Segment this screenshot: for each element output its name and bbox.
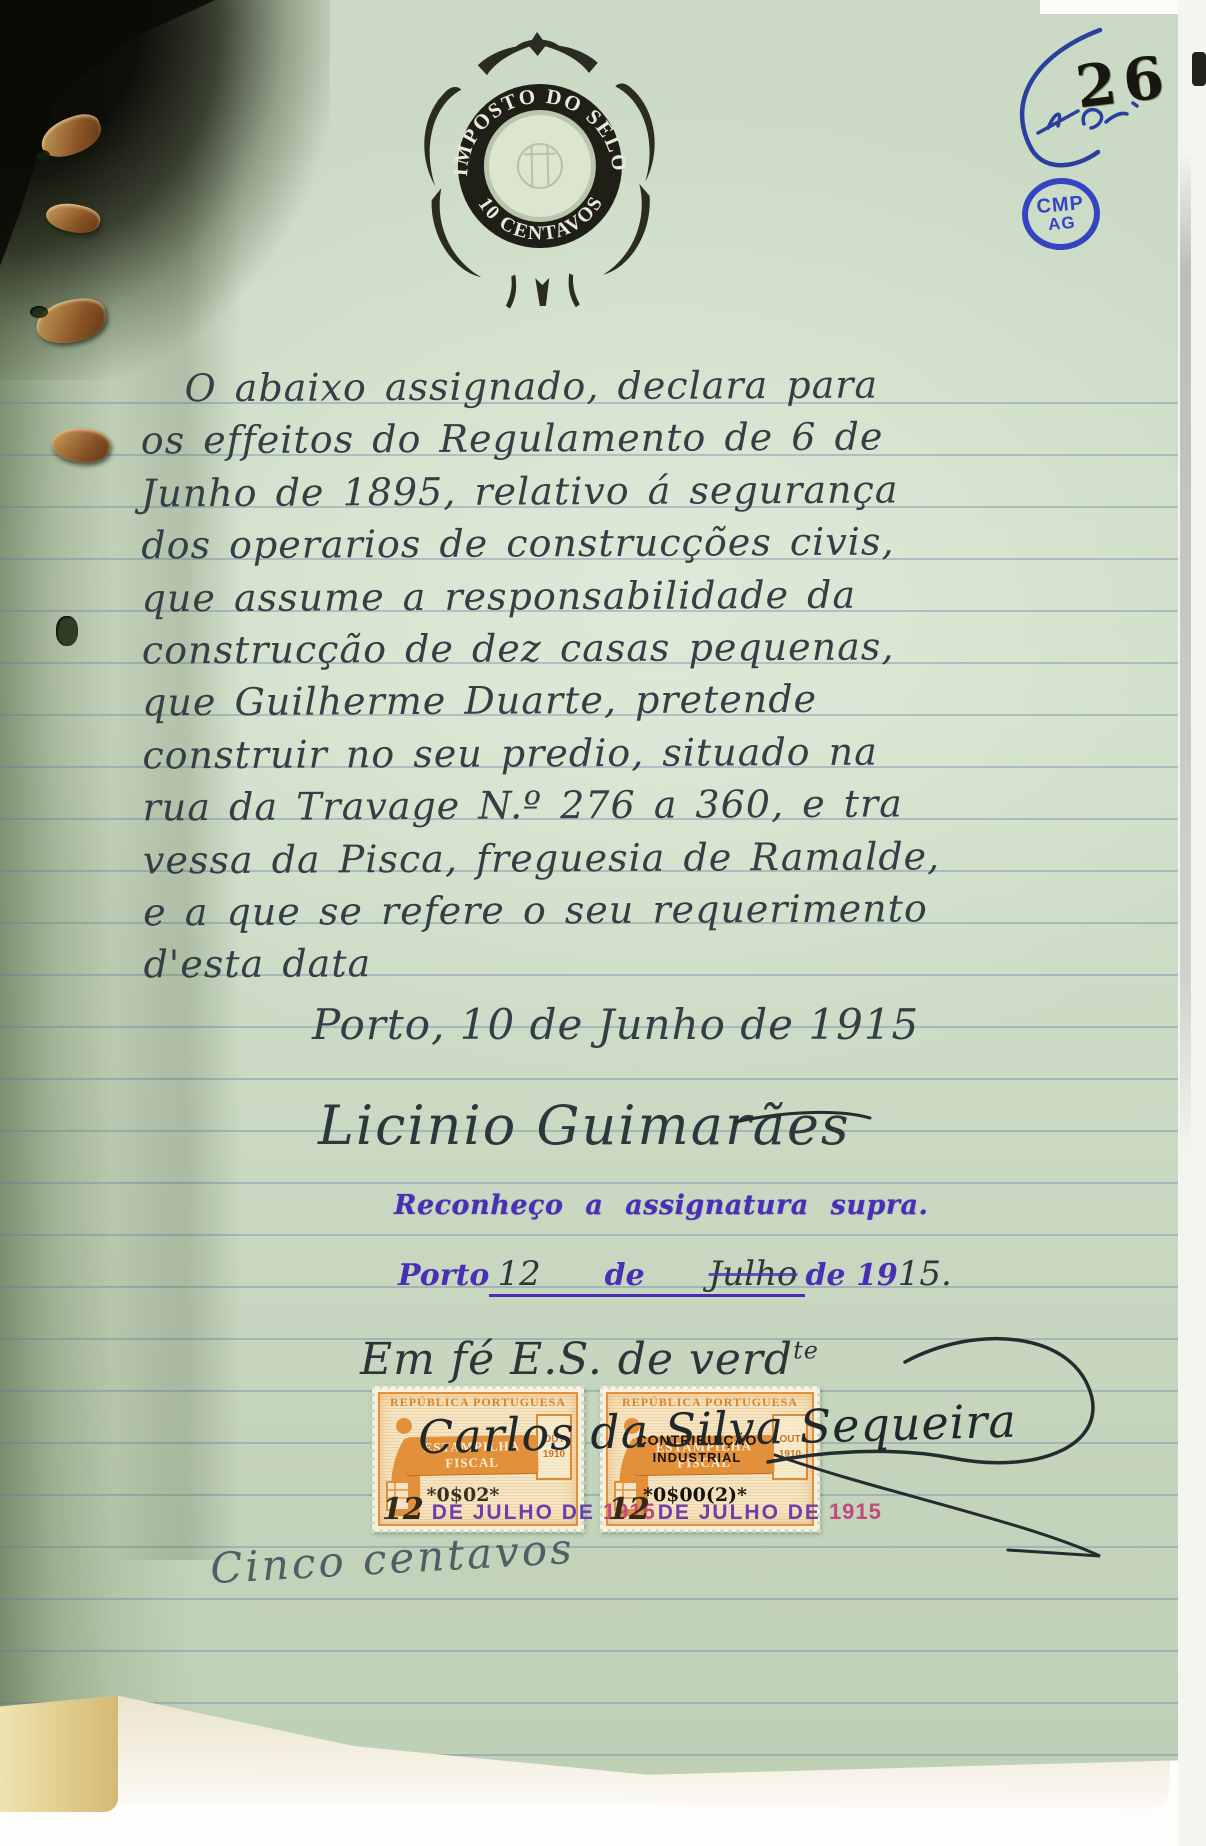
cmp-ag-stamp: CMP AG xyxy=(1019,175,1103,254)
notary-date-de2: de 19 xyxy=(805,1258,897,1293)
notary-date-prefix: Porto xyxy=(398,1258,489,1293)
declaration-line: que assume a responsabilidade da xyxy=(141,567,1071,624)
binding-hole xyxy=(30,306,48,318)
notary-date-month: Julho xyxy=(709,1254,798,1294)
declaration-line: construir no seu predio, situado na xyxy=(142,724,1072,781)
cancellation-text: DE JULHO DE xyxy=(432,1501,595,1525)
imposto-do-selo-seal: IMPOSTO DO SELO 10 CENTAVOS xyxy=(402,23,678,317)
cancellation-day: 12 xyxy=(608,1492,650,1527)
declaration-line: Junho de 1895, relativo á segurança xyxy=(141,462,1071,519)
declaration-line: que Guilherme Duarte, pretende xyxy=(142,672,1072,729)
notary-date-fill: 12 de Julho xyxy=(489,1254,805,1297)
scanned-document: IMPOSTO DO SELO 10 CENTAVOS 26 CMP AG O … xyxy=(0,0,1206,1846)
declaration-line: e a que se refere o seu requerimento xyxy=(143,882,1073,939)
cancellation-right: 12 DE JULHO DE 1915 xyxy=(608,1492,882,1527)
scan-streak xyxy=(1180,150,1191,1160)
declarant-signature: Licinio Guimarães xyxy=(318,1094,851,1157)
notary-attestation: Em fé E.S. de verdte xyxy=(360,1334,819,1385)
notary-date-de1: de xyxy=(605,1258,645,1293)
binding-hole xyxy=(34,150,50,161)
cancellation-text: DE JULHO DE xyxy=(658,1501,821,1525)
notary-date-year: 15. xyxy=(898,1254,952,1294)
declaration-line: d'esta data xyxy=(143,934,1073,991)
notary-date-day: 12 xyxy=(497,1254,540,1294)
cancellation-year: 1915 xyxy=(829,1499,882,1525)
declaration-body: O abaixo assignado, declara para os effe… xyxy=(140,358,1073,992)
notary-recognition-stamp: Reconheço a assignatura supra. xyxy=(394,1190,928,1221)
declaration-line: dos operarios de construcções civis, xyxy=(141,515,1071,572)
attestation-text: Em fé E.S. de verd xyxy=(360,1334,793,1385)
declaration-line: O abaixo assignado, declara para xyxy=(140,358,1070,415)
dateline: Porto, 10 de Junho de 1915 xyxy=(312,1000,919,1049)
document-page: IMPOSTO DO SELO 10 CENTAVOS 26 CMP AG O … xyxy=(0,0,1178,1800)
cmp-stamp-line2: AG xyxy=(1047,214,1076,234)
binding-hole xyxy=(56,616,78,646)
declaration-line: rua da Travage N.º 276 a 360, e tra xyxy=(143,777,1073,834)
cancellation-day: 12 xyxy=(382,1492,424,1527)
folio-number: 26 xyxy=(1072,42,1174,121)
declaration-line: os effeitos do Regulamento de 6 de xyxy=(141,410,1071,467)
declaration-line: vessa da Pisca, freguesia de Ramalde, xyxy=(143,829,1073,886)
declaration-line: construcção de dez casas pequenas, xyxy=(142,620,1072,677)
attestation-superscript: te xyxy=(793,1336,819,1364)
notary-date-stamp: Porto 12 de Julho de 19 15. xyxy=(398,1254,952,1297)
edge-smudge xyxy=(1192,52,1206,86)
